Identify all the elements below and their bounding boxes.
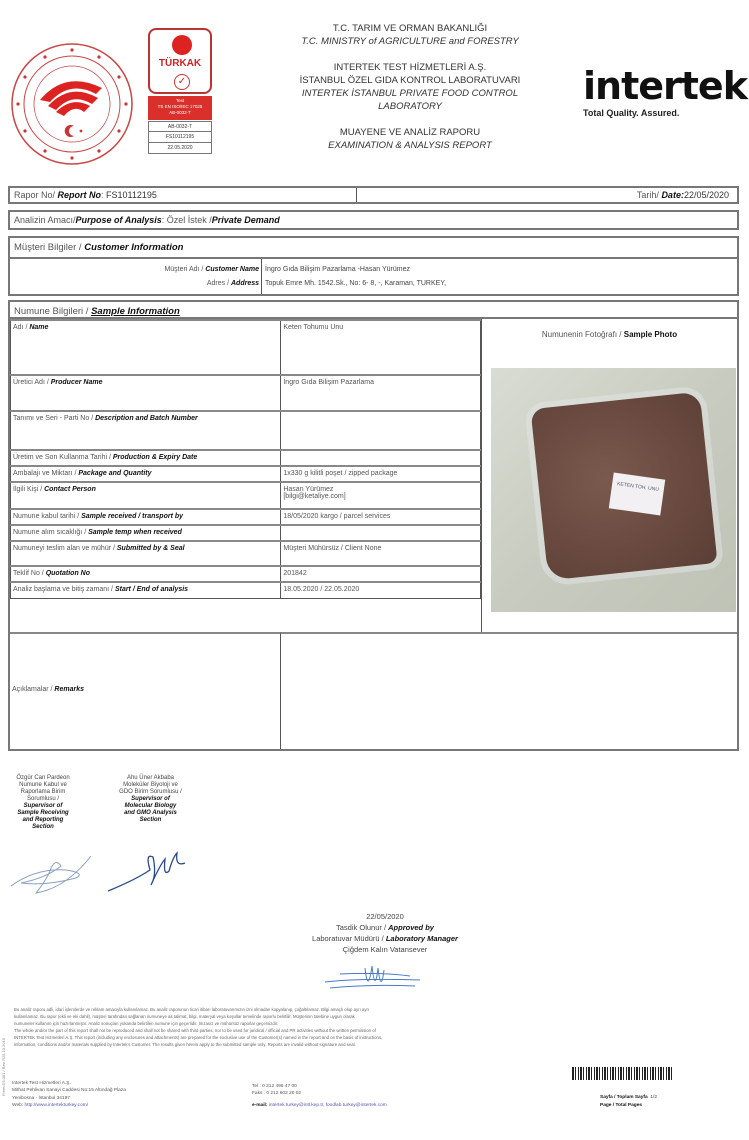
table-row: Numune alım sıcaklığı / Sample temp when… (11, 525, 481, 541)
ministry-seal-logo (10, 42, 134, 166)
page-indicator: Sayfa / Toplam Sayfa 1/2 Page / Total Pa… (600, 1094, 700, 1110)
customer-name-value: İngro Gıda Bilişim Pazarlama -Hasan Yürü… (265, 263, 737, 277)
table-row: Adı / NameKeten Tohumu Unu (11, 320, 481, 375)
sample-section-title: Numune Bilgileri / Sample Information (10, 302, 737, 319)
contact-info: Tel : 0 212 496 47 00 Faks : 0 212 602 2… (252, 1083, 512, 1109)
table-row: Numune kabul tarihi / Sample received / … (11, 509, 481, 525)
approved-by: Tasdik Olunur / Approved by (270, 922, 500, 933)
field-label: Teklif No / Quotation No (11, 566, 281, 582)
ministry-name-en: T.C. MINISTRY of AGRICULTURE and FORESTR… (250, 35, 570, 48)
turkak-logo: TÜRKAK ✓ (148, 28, 212, 94)
signature-2 (105, 845, 190, 895)
checkmark-icon: ✓ (174, 74, 190, 90)
turkak-date: 22.05.2020 (148, 143, 212, 154)
approver-name: Çiğdem Kalın Vatansever (270, 944, 500, 955)
purpose-of-analysis: Analizin Amacı/ Purpose of Analysis: Öze… (8, 210, 739, 230)
field-label: Üretim ve Son Kullanma Tarihi / Producti… (11, 450, 281, 466)
crescent-icon (172, 35, 192, 55)
customer-address-value: Topuk Emre Mh. 1542.Sk., No: 6- 8, -, Ka… (265, 277, 737, 291)
lab-name-tr-1: INTERTEK TEST HİZMETLERİ A.Ş. (250, 61, 570, 74)
signature-1 (6, 848, 96, 898)
field-label: İlgili Kişi / Contact Person (11, 482, 281, 509)
turkak-code: AB-0032-T (148, 121, 212, 132)
phone: Tel : 0 212 496 47 00 (252, 1083, 512, 1090)
field-label: Ambalajı ve Miktarı / Package and Quanti… (11, 466, 281, 482)
field-label: Analiz başlama ve bitiş zamanı / Start /… (11, 582, 281, 598)
sample-package-label: KETEN TOH. UNU (609, 473, 666, 516)
field-value: 201842 (281, 566, 481, 582)
signatory-molecular-biology: Ahu Üner Akbaba Moleküler Biyoloji ve GD… (103, 775, 198, 824)
remarks-value (281, 632, 737, 749)
turkak-accreditation-badge: TÜRKAK ✓ Test TS EN ISO/IEC 17025 AB-003… (148, 28, 216, 176)
signature-manager (320, 960, 430, 1000)
sample-details-table: Adı / NameKeten Tohumu UnuÜretici Adı / … (10, 319, 481, 599)
intertek-logo: intertek Total Quality. Assured. (583, 66, 747, 118)
remarks-label: Açıklamalar / Remarks (10, 632, 281, 749)
approver-role: Laboratuvar Müdürü / Laboratory Manager (270, 933, 500, 944)
field-label: Numune alım sıcaklığı / Sample temp when… (11, 525, 281, 541)
field-label: Numune kabul tarihi / Sample received / … (11, 509, 281, 525)
sample-information: Numune Bilgileri / Sample Information Ad… (8, 300, 739, 751)
fax: Faks : 0 212 602 20 02 (252, 1090, 512, 1097)
field-value: Hasan Yürümez[bilgi@ketaliye.com] (281, 482, 481, 509)
signatory-sample-receiving: Özgür Can Pardeon Numune Kabul ve Raporl… (8, 775, 78, 831)
turkak-standard-band: Test TS EN ISO/IEC 17025 AB-0032-T (148, 96, 212, 120)
field-value: İngro Gıda Bilişim Pazarlama (281, 375, 481, 411)
intertek-tagline: Total Quality. Assured. (583, 108, 747, 118)
field-label: Üretici Adı / Producer Name (11, 375, 281, 411)
report-date: Tarih/ Date:22/05/2020 (357, 188, 737, 202)
report-type-en: EXAMINATION & ANALYSIS REPORT (250, 139, 570, 152)
company-address: Intertek Test Hizmetleri A.Ş. Mithat Peh… (12, 1080, 212, 1110)
approval-block: 22/05/2020 Tasdik Olunur / Approved by L… (270, 911, 500, 955)
ministry-name-tr: T.C. TARIM VE ORMAN BAKANLIĞI (250, 22, 570, 35)
customer-address-label: Adres / Address (10, 277, 259, 291)
document-header: T.C. TARIM VE ORMAN BAKANLIĞI T.C. MINIS… (250, 22, 570, 152)
approval-date: 22/05/2020 (270, 911, 500, 922)
table-row: İlgili Kişi / Contact PersonHasan Yürüme… (11, 482, 481, 509)
lab-name-en-2: LABORATORY (250, 100, 570, 113)
legal-disclaimer: Bu analiz raporu adli, idari işlemlerde … (14, 1006, 610, 1048)
table-row: Numuneyi teslim alan ve mühür / Submitte… (11, 541, 481, 566)
table-row: Üretici Adı / Producer Nameİngro Gıda Bi… (11, 375, 481, 411)
table-row: Tanımı ve Seri - Parti No / Description … (11, 411, 481, 450)
report-type-tr: MUAYENE VE ANALİZ RAPORU (250, 126, 570, 139)
table-row: Analiz başlama ve bitiş zamanı / Start /… (11, 582, 481, 598)
sample-photo-panel: Numunenin Fotoğrafı / Sample Photo KETEN… (481, 319, 737, 634)
email-link[interactable]: intertek.turkey@intl.kep.tr, foodlab.tur… (269, 1103, 387, 1108)
purpose-value-tr: Özel İstek / (167, 215, 212, 225)
table-row: Teklif No / Quotation No201842 (11, 566, 481, 582)
report-number-value: FS10112195 (106, 190, 157, 200)
purpose-value-en: Private Demand (212, 215, 280, 225)
field-value: Müşteri Mühürsüz / Client None (281, 541, 481, 566)
field-value: 18.05.2020 / 22.05.2020 (281, 582, 481, 598)
customer-information: Müşteri Bilgiler / Customer Information … (8, 236, 739, 296)
website-link[interactable]: http://www.intertekturkey.com/ (24, 1103, 88, 1108)
sample-photo: KETEN TOH. UNU (491, 368, 736, 612)
field-value: 18/05/2020 kargo / parcel services (281, 509, 481, 525)
field-value: Keten Tohumu Unu (281, 320, 481, 375)
field-label: Adı / Name (11, 320, 281, 375)
customer-section-title: Müşteri Bilgiler / Customer Information (10, 238, 737, 259)
sample-photo-title: Numunenin Fotoğrafı / Sample Photo (482, 330, 737, 339)
field-value: 1x330 g kilitli poşet / zipped package (281, 466, 481, 482)
field-value (281, 525, 481, 541)
field-label: Numuneyi teslim alan ve mühür / Submitte… (11, 541, 281, 566)
table-row: Ambalajı ve Miktarı / Package and Quanti… (11, 466, 481, 482)
customer-name-label: Müşteri Adı / Customer Name (10, 263, 259, 277)
report-number: Rapor No/ Report No: FS10112195 (10, 188, 357, 202)
field-value (281, 411, 481, 450)
report-info-bar: Rapor No/ Report No: FS10112195 Tarih/ D… (8, 186, 739, 204)
table-row: Üretim ve Son Kullanma Tarihi / Producti… (11, 450, 481, 466)
form-code: Form:D3.081 / Rev.7/25.10.2019 (1, 996, 9, 1096)
field-label: Tanımı ve Seri - Parti No / Description … (11, 411, 281, 450)
report-date-value: 22/05/2020 (684, 190, 729, 200)
turkak-report-no: FS10112195 (148, 132, 212, 143)
barcode (572, 1067, 672, 1080)
lab-name-tr-2: İSTANBUL ÖZEL GIDA KONTROL LABORATUVARI (250, 74, 570, 87)
field-value (281, 450, 481, 466)
lab-name-en-1: INTERTEK İSTANBUL PRIVATE FOOD CONTROL (250, 87, 570, 100)
